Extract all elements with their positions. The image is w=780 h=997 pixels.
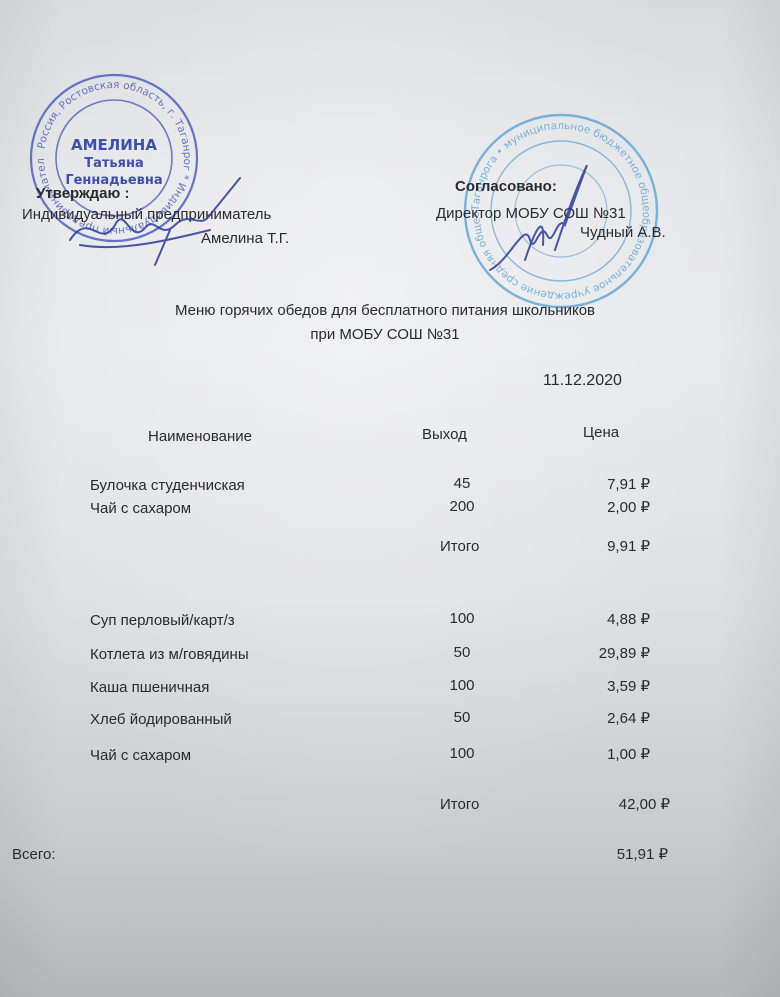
grand-total-value: 51,91 ₽ (578, 845, 668, 863)
approval-name: Амелина Т.Г. (201, 230, 289, 247)
breakfast-subtotal-label: Итого (440, 538, 479, 555)
lunch-item-qty: 50 (432, 644, 492, 661)
breakfast-item-name: Булочка студенчиская (90, 477, 245, 494)
menu-date: 11.12.2020 (543, 372, 622, 390)
breakfast-item-name: Чай с сахаром (90, 500, 191, 517)
breakfast-subtotal-value: 9,91 ₽ (560, 537, 650, 555)
breakfast-item-qty: 45 (432, 475, 492, 492)
lunch-item-qty: 100 (432, 677, 492, 694)
lunch-item-price: 1,00 ₽ (560, 745, 650, 763)
approval-position: Индивидуальный предприниматель (22, 206, 271, 223)
lunch-item-qty: 100 (432, 610, 492, 627)
breakfast-item-price: 2,00 ₽ (560, 498, 650, 516)
svg-text:Татьяна: Татьяна (84, 156, 144, 171)
approval-label: Утверждаю : (36, 185, 129, 202)
lunch-item-qty: 50 (432, 709, 492, 726)
lunch-item-price: 3,59 ₽ (560, 677, 650, 695)
lunch-item-name: Хлеб йодированный (90, 711, 232, 728)
lunch-subtotal-label: Итого (440, 796, 479, 813)
page-subtitle: при МОБУ СОШ №31 (0, 326, 775, 343)
lunch-item-price: 2,64 ₽ (560, 709, 650, 727)
lunch-item-name: Каша пшеничная (90, 679, 209, 696)
page-title: Меню горячих обедов для бесплатного пита… (0, 302, 775, 319)
lunch-item-qty: 100 (432, 745, 492, 762)
lunch-item-name: Котлета из м/говядины (90, 646, 249, 663)
column-header-qty: Выход (422, 426, 467, 443)
grand-total-label: Всего: (12, 846, 56, 863)
breakfast-item-price: 7,91 ₽ (560, 475, 650, 493)
agreement-label: Согласовано: (455, 178, 557, 195)
lunch-subtotal-value: 42,00 ₽ (580, 795, 670, 813)
svg-text:АМЕЛИНА: АМЕЛИНА (71, 136, 157, 154)
agreement-name: Чудный А.В. (580, 224, 666, 241)
lunch-item-name: Суп перловый/карт/з (90, 612, 235, 629)
agreement-position: Директор МОБУ СОШ №31 (436, 205, 626, 222)
column-header-name: Наименование (148, 428, 252, 445)
lunch-item-price: 29,89 ₽ (560, 644, 650, 662)
column-header-price: Цена (583, 424, 619, 441)
breakfast-item-qty: 200 (432, 498, 492, 515)
lunch-item-name: Чай с сахаром (90, 747, 191, 764)
lunch-item-price: 4,88 ₽ (560, 610, 650, 628)
